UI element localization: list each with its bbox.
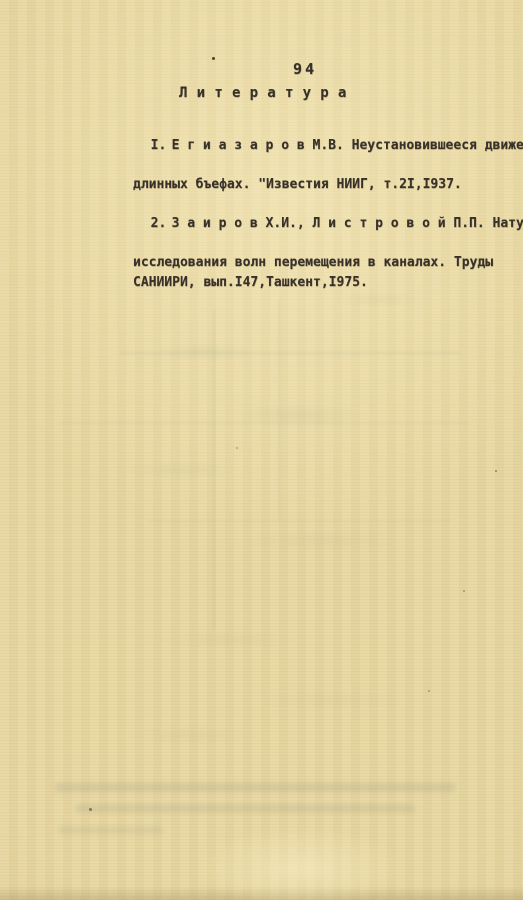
reference-text-line: Е г и а з а р о в М.В. Неустановившееся … <box>172 138 523 153</box>
bleedthrough-text-smudge <box>58 826 163 834</box>
reference-number: I. <box>151 136 172 156</box>
dust-speck <box>463 590 465 592</box>
dust-speck <box>212 57 215 60</box>
bleedthrough-text-smudge <box>75 804 415 813</box>
reference-text-line: САНИИРИ, вып.I47,Ташкент,I975. <box>133 273 520 293</box>
dust-speck <box>89 808 92 811</box>
references-list: I.Е г и а з а р о в М.В. Неустановившеес… <box>88 116 520 292</box>
scanned-document-page: 94 Л и т е р а т у р а I.Е г и а з а р о… <box>0 0 523 900</box>
reference-text-line: исследования волн перемещения в каналах.… <box>133 253 520 273</box>
bleedthrough-horizontal-line <box>120 352 460 354</box>
reference-item: I.Е г и а з а р о в М.В. Неустановившеес… <box>88 116 520 194</box>
reference-text-line: З а и р о в Х.И., Л и с т р о в о й П.П.… <box>172 216 523 231</box>
bleedthrough-horizontal-line <box>150 520 450 522</box>
section-title: Л и т е р а т у р а <box>179 85 347 101</box>
dust-speck <box>236 447 238 449</box>
bleedthrough-horizontal-line <box>60 422 470 424</box>
reference-item: 2.З а и р о в Х.И., Л и с т р о в о й П.… <box>88 194 520 292</box>
dust-speck <box>428 690 430 692</box>
reference-number: 2. <box>151 214 172 234</box>
bleedthrough-text-smudge <box>55 783 455 792</box>
page-number: 94 <box>293 60 317 78</box>
bleedthrough-vertical-line <box>213 310 215 630</box>
reference-text-line: длинных бъефах. "Известия НИИГ, т.2I,I93… <box>133 175 520 195</box>
dust-speck <box>495 470 497 472</box>
bleedthrough-vertical-line <box>278 300 280 520</box>
